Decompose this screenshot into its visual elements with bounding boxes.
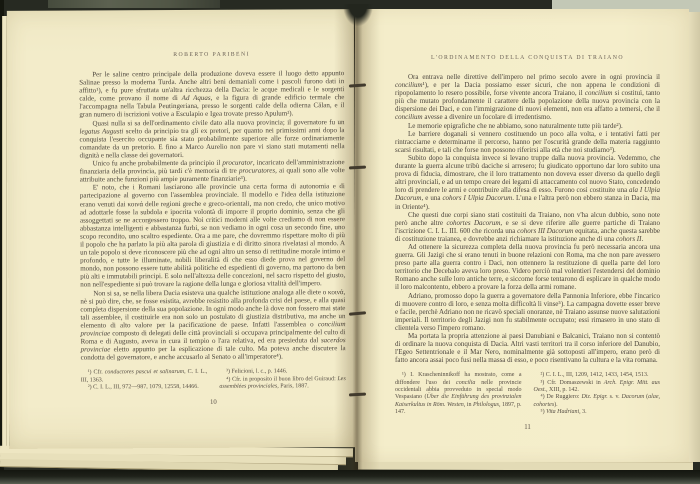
body-paragraph: Ora entrava nelle direttive dell'impero … xyxy=(395,73,660,122)
footnote: ²) C. I. L., III, 972—987, 1079, 12558, … xyxy=(81,384,208,392)
body-paragraph: Ad ottenere la sicurezza completa della … xyxy=(395,243,660,292)
footnotes: ¹) I. Krascheninnikoff ha mostrato, come… xyxy=(395,372,660,416)
footnote: ¹) Cfr. conductores pascui et salinarum,… xyxy=(81,369,208,384)
footnote: ²) C. I. L., III, 1209, 1412, 1433, 1454… xyxy=(534,372,661,379)
footnote-column: ¹) Cfr. conductores pascui et salinarum,… xyxy=(81,369,208,392)
body-paragraph: Le barriere doganali si vennero costitue… xyxy=(395,130,660,154)
page-number-right: 11 xyxy=(395,424,660,431)
body-paragraph: Subito dopo la conquista invece si levan… xyxy=(395,154,660,211)
book-spine-top-notch xyxy=(343,4,373,26)
body-paragraph: Unico fu anche probabilmente da principi… xyxy=(80,158,345,184)
table-background-bottom xyxy=(0,470,700,484)
left-page: ROBERTO PARIBENI Per le saline centro pr… xyxy=(7,9,356,449)
body-paragraph: E' noto, che i Romani lasciarono alle pr… xyxy=(80,182,346,289)
book-scan: ROBERTO PARIBENI Per le saline centro pr… xyxy=(0,0,700,484)
right-page-body: Ora entrava nelle direttive dell'impero … xyxy=(395,73,660,364)
book-spine-gutter xyxy=(334,9,380,470)
body-paragraph: Le memorie epigrafiche che ne abbiamo, s… xyxy=(395,122,660,130)
footnote-column: ²) C. I. L., III, 1209, 1412, 1433, 1454… xyxy=(534,372,661,416)
body-paragraph: Non si sa, se nella libera Dacia esistev… xyxy=(80,288,345,362)
running-head-chapter: L'ORDINAMENTO DELLA CONQUISTA DI TRAIANO xyxy=(395,55,660,61)
body-paragraph: Quasi nulla si sa dell'ordinamento civil… xyxy=(79,118,344,160)
footnote: ⁴) De Ruggiero: Diz. Epigr. s. v. Dacoru… xyxy=(534,394,661,409)
body-paragraph: Adriano, promosso dopo la guerra a gover… xyxy=(395,292,660,332)
footnote: ³) Cfr. Domaszewski in Arch. Epigr. Mitt… xyxy=(534,380,661,395)
fore-edge xyxy=(688,12,700,462)
page-under-edge-right xyxy=(358,461,693,471)
page-number-left: 10 xyxy=(81,398,346,406)
right-page: L'ORDINAMENTO DELLA CONQUISTA DI TRAIANO… xyxy=(355,9,689,462)
table-background-top-texture xyxy=(48,0,220,8)
footnote: ¹) I. Krascheninnikoff ha mostrato, come… xyxy=(395,372,522,416)
body-paragraph: Che questi due corpi siano stati costitu… xyxy=(395,211,660,243)
footnote-column: ³) Felicioni, l. c., p. 1446. ⁴) Cfr. in… xyxy=(219,369,346,392)
footnote: ⁴) Cfr. in proposito il buon libro del G… xyxy=(219,376,346,391)
body-paragraph: Per le saline centro principale della pr… xyxy=(79,69,344,119)
body-paragraph: Ma portata la propria attenzione ai paes… xyxy=(395,332,660,364)
footnotes: ¹) Cfr. conductores pascui et salinarum,… xyxy=(81,369,346,392)
left-page-body: Per le saline centro principale della pr… xyxy=(79,69,346,362)
running-head-author: ROBERTO PARIBENI xyxy=(79,51,344,58)
footnote-column: ¹) I. Krascheninnikoff ha mostrato, come… xyxy=(395,372,522,416)
footnote: ⁵) Vita Hadriani, 3. xyxy=(534,409,661,416)
